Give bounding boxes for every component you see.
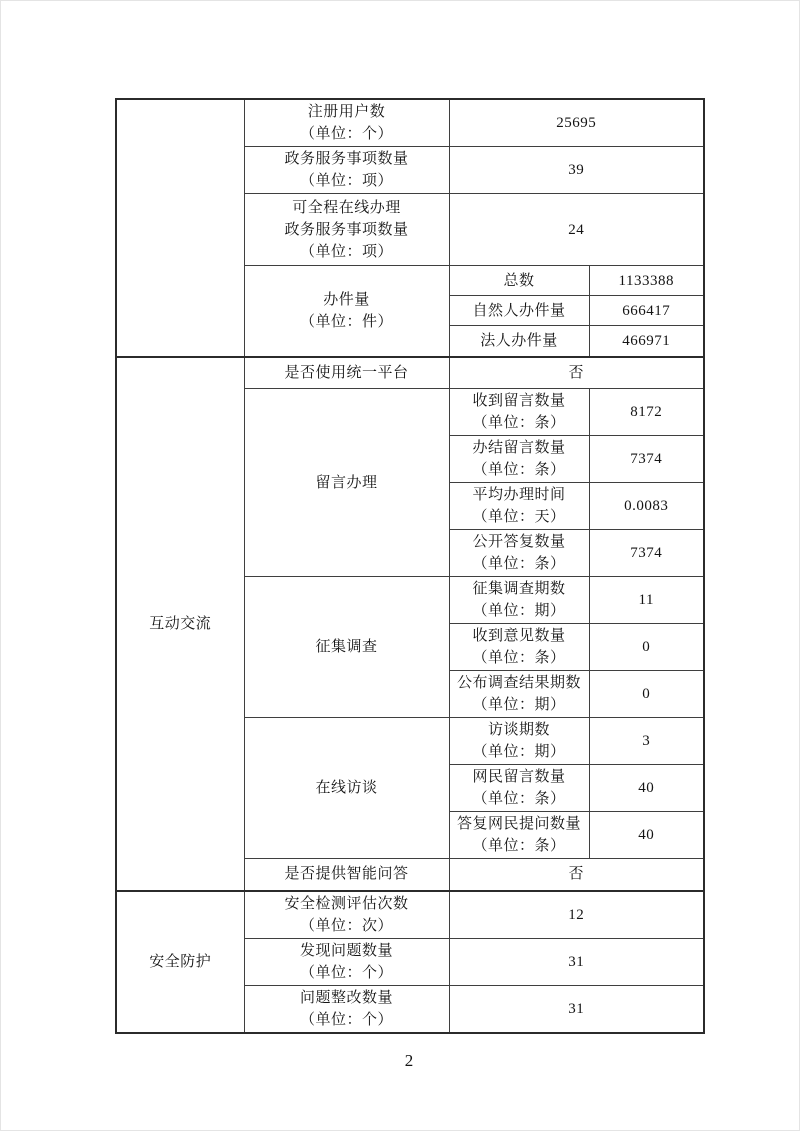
value-unified-platform: 否 (449, 357, 704, 389)
sublabel-case-total: 总数 (449, 266, 589, 296)
label-security-checks: 安全检测评估次数 （单位：次） (244, 891, 449, 939)
label-problems-fixed: 问题整改数量 （单位：个） (244, 985, 449, 1033)
sublabel-netizen-messages: 网民留言数量 （单位：条） (449, 765, 589, 812)
value-problems-found: 31 (449, 938, 704, 985)
sublabel-case-legal-person: 法人办件量 (449, 326, 589, 357)
sublabel-avg-handle-time: 平均办理时间 （单位：天） (449, 483, 589, 530)
label-unified-platform: 是否使用统一平台 (244, 357, 449, 389)
sublabel-published-results: 公布调查结果期数 （单位：期） (449, 671, 589, 718)
table-row: 安全防护 安全检测评估次数 （单位：次） 12 (116, 891, 704, 939)
value-registered-users: 25695 (449, 99, 704, 147)
value-service-items: 39 (449, 147, 704, 194)
value-case-total: 1133388 (589, 266, 704, 296)
sublabel-public-replies: 公开答复数量 （单位：条） (449, 530, 589, 577)
table-row: 互动交流 是否使用统一平台 否 (116, 357, 704, 389)
category-cell-blank (116, 99, 244, 357)
value-avg-handle-time: 0.0083 (589, 483, 704, 530)
label-interview: 在线访谈 (244, 718, 449, 859)
value-received-opinions: 0 (589, 624, 704, 671)
sublabel-completed-messages: 办结留言数量 （单位：条） (449, 436, 589, 483)
value-problems-fixed: 31 (449, 985, 704, 1033)
value-full-online-service-items: 24 (449, 194, 704, 266)
value-netizen-messages: 40 (589, 765, 704, 812)
label-problems-found: 发现问题数量 （单位：个） (244, 938, 449, 985)
report-page: 注册用户数 （单位：个） 25695 政务服务事项数量 （单位：项） 39 可全… (0, 0, 800, 1131)
value-published-results: 0 (589, 671, 704, 718)
value-replies-to-netizens: 40 (589, 812, 704, 859)
value-case-natural-person: 666417 (589, 296, 704, 326)
label-service-items: 政务服务事项数量 （单位：项） (244, 147, 449, 194)
value-public-replies: 7374 (589, 530, 704, 577)
sublabel-received-messages: 收到留言数量 （单位：条） (449, 389, 589, 436)
label-survey: 征集调查 (244, 577, 449, 718)
value-case-legal-person: 466971 (589, 326, 704, 357)
category-cell-interaction: 互动交流 (116, 357, 244, 891)
value-completed-messages: 7374 (589, 436, 704, 483)
sublabel-case-natural-person: 自然人办件量 (449, 296, 589, 326)
table-row: 注册用户数 （单位：个） 25695 (116, 99, 704, 147)
value-received-messages: 8172 (589, 389, 704, 436)
label-message-handling: 留言办理 (244, 389, 449, 577)
sublabel-received-opinions: 收到意见数量 （单位：条） (449, 624, 589, 671)
label-registered-users: 注册用户数 （单位：个） (244, 99, 449, 147)
sublabel-replies-to-netizens: 答复网民提问数量 （单位：条） (449, 812, 589, 859)
sublabel-survey-periods: 征集调查期数 （单位：期） (449, 577, 589, 624)
label-full-online-service-items: 可全程在线办理 政务服务事项数量 （单位：项） (244, 194, 449, 266)
label-smart-qa: 是否提供智能问答 (244, 859, 449, 891)
report-table: 注册用户数 （单位：个） 25695 政务服务事项数量 （单位：项） 39 可全… (115, 98, 705, 1034)
value-smart-qa: 否 (449, 859, 704, 891)
category-cell-security: 安全防护 (116, 891, 244, 1033)
page-number: 2 (115, 1051, 703, 1071)
value-security-checks: 12 (449, 891, 704, 939)
sublabel-interview-periods: 访谈期数 （单位：期） (449, 718, 589, 765)
value-interview-periods: 3 (589, 718, 704, 765)
value-survey-periods: 11 (589, 577, 704, 624)
label-case-volume: 办件量 （单位：件） (244, 266, 449, 357)
